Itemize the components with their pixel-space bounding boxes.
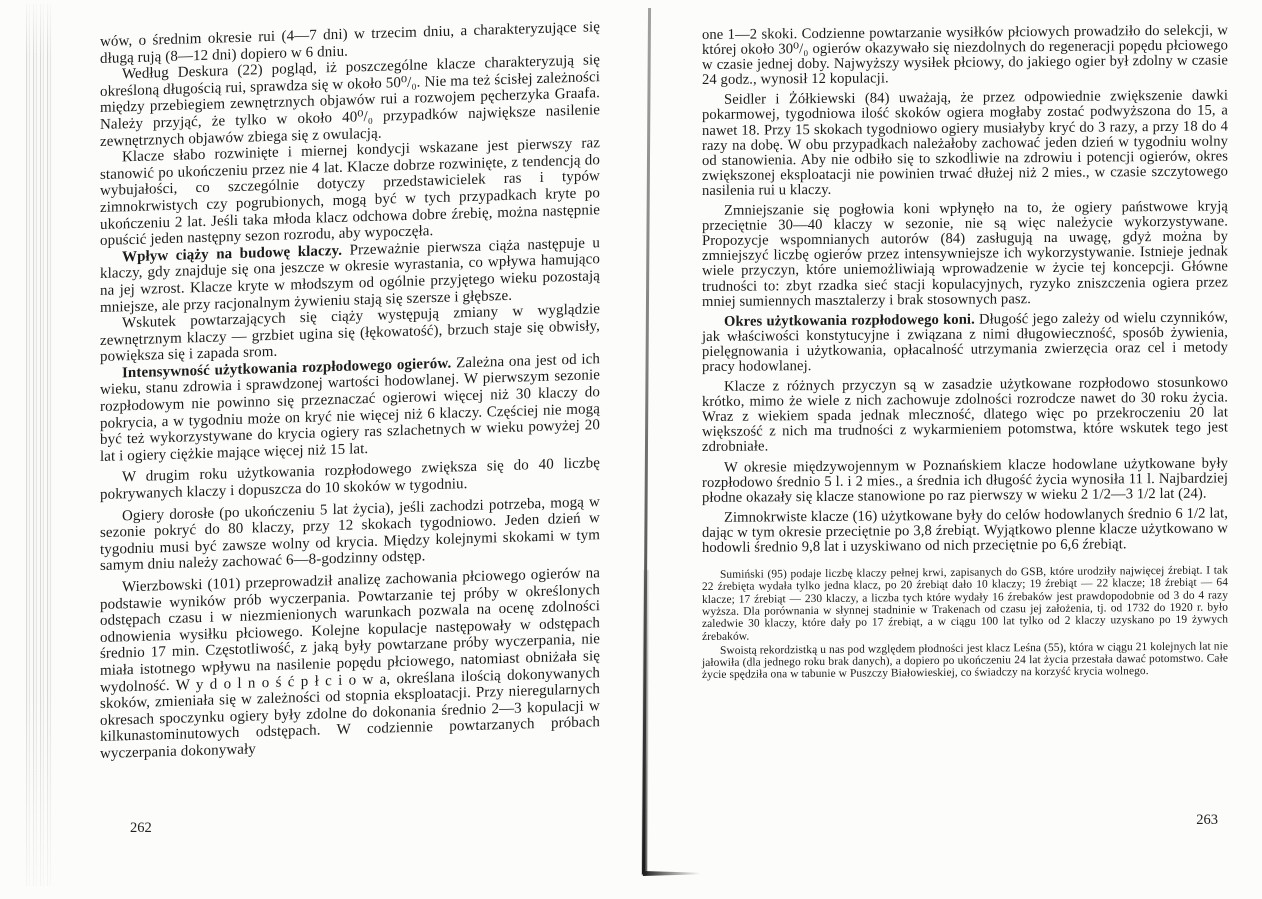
page-edge-texture [26,4,52,886]
paragraph: Według Deskura (22) pogląd, iż poszczegó… [100,52,600,150]
paragraph: Swoistą rekordzistką u nas pod względem … [702,640,1228,681]
page-right-body-text: one 1—2 skoki. Codzienne powtarzanie wys… [702,23,1228,556]
paragraph: Intensywność użytkowania rozpłodowego og… [100,351,600,465]
footnote-block: Sumiński (95) podaje liczbę klaczy pełne… [702,565,1228,682]
page-left-text-column: wów, o średnim okresie rui (4—7 dni) w t… [100,19,600,762]
page-right-text-column: one 1—2 skoki. Codzienne powtarzanie wys… [702,23,1228,681]
paragraph: Klacze słabo rozwinięte i miernej kondyc… [100,135,600,249]
paragraph-lead-bold: Okres użytkowania rozpłodowego koni. [724,311,979,329]
paragraph: Zimnokrwiste klacze (16) użytkowane były… [702,506,1228,556]
paragraph: Sumiński (95) podaje liczbę klaczy pełne… [702,565,1228,643]
paragraph: Klacze z różnych przyczyn są w zasadzie … [702,375,1228,455]
page-number-right: 263 [1130,812,1218,829]
paragraph: one 1—2 skoki. Codzienne powtarzanie wys… [702,23,1228,88]
paragraph: Okres użytkowania rozpłodowego koni. Dłu… [702,310,1228,375]
page-number-left: 262 [130,820,152,837]
paragraph: Wierzbowski (101) przeprowadził analizę … [100,565,600,762]
paragraph: Seidler i Żółkiewski (84) uważają, że pr… [702,89,1228,199]
paragraph: Zmniejszanie się pogłowia koni wpłynęło … [702,199,1228,309]
paragraph: W okresie międzywojennym w Poznańskiem k… [702,456,1228,506]
paragraph: Ogiery dorosłe (po ukończeniu 5 lat życi… [100,494,600,575]
book-gutter-shadow-lower [642,570,649,875]
book-gutter-foot-shadow [643,871,701,876]
